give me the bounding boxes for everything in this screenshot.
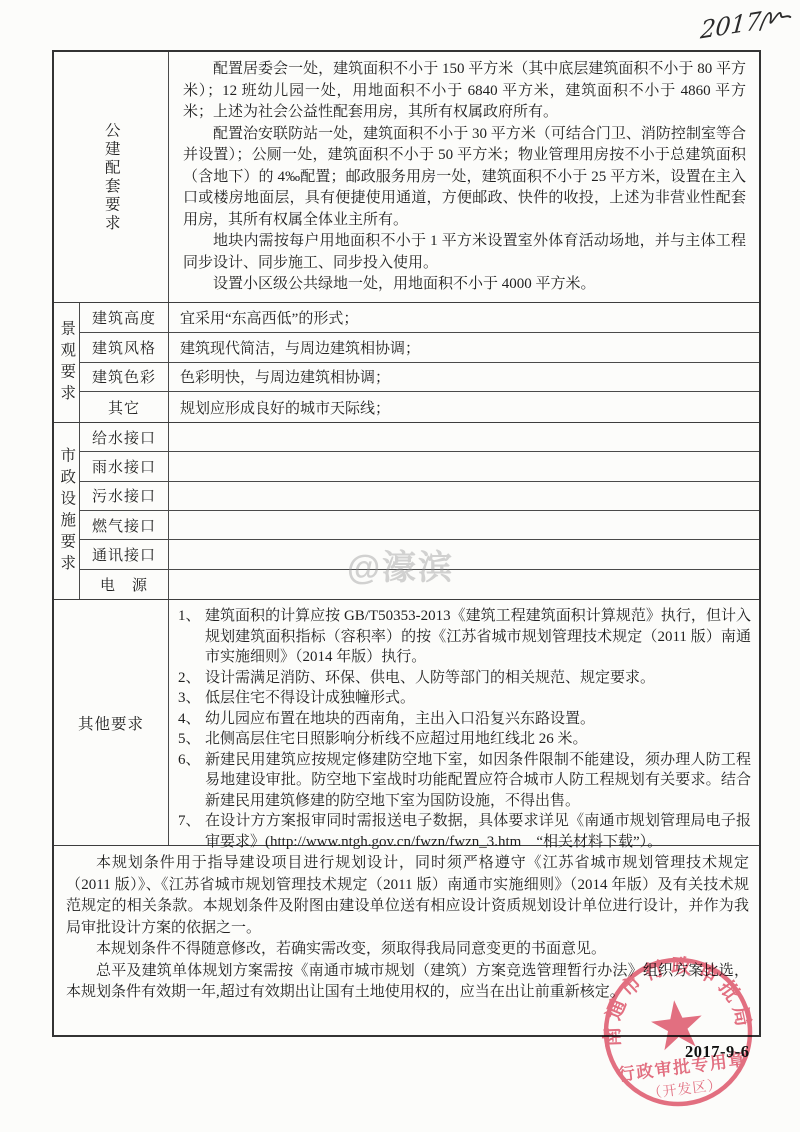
row-value xyxy=(169,482,759,510)
table-row: 建筑风格 建筑现代简洁，与周边建筑相协调； xyxy=(80,333,759,363)
section-other-requirements: 其他要求 1、 建筑面积的计算应按 GB/T50353-2013《建筑工程建筑面… xyxy=(54,599,759,845)
row-value xyxy=(169,570,759,599)
row-label: 给水接口 xyxy=(80,423,169,451)
municipal-label: 市政设施要求 xyxy=(59,447,75,576)
item-text: 北侧高层住宅日照影响分析线不应超过用地红线北 26 米。 xyxy=(205,729,751,750)
handwriting-flourish-icon xyxy=(757,2,793,38)
public-paragraph: 设置小区级公共绿地一处，用地面积不小于 4000 平方米。 xyxy=(183,274,746,296)
row-value xyxy=(169,540,759,568)
table-row: 给水接口 xyxy=(80,423,759,452)
item-number: 3、 xyxy=(178,688,205,709)
public-paragraph: 配置居委会一处，建筑面积不小于 150 平方米（其中底层建筑面积不小于 80 平… xyxy=(183,59,746,124)
list-item: 6、 新建民用建筑应按规定修建防空地下室，如因条件限制不能建设，须办理人防工程易… xyxy=(178,750,751,812)
table-row: 雨水接口 xyxy=(80,452,759,481)
row-value: 色彩明快，与周边建筑相协调； xyxy=(169,363,759,392)
scanned-document-page: 2017 公建配套要求 配置居委会一处，建筑面积不小于 150 平方米（其中底层… xyxy=(0,0,800,1132)
row-value: 宜采用“东高西低”的形式； xyxy=(169,303,759,332)
public-facilities-content: 配置居委会一处，建筑面积不小于 150 平方米（其中底层建筑面积不小于 80 平… xyxy=(169,52,759,302)
public-facilities-label: 公建配套要求 xyxy=(103,122,119,233)
row-label: 通讯接口 xyxy=(80,540,169,568)
public-facilities-label-cell: 公建配套要求 xyxy=(54,52,169,302)
item-number: 4、 xyxy=(178,709,205,730)
landscape-label: 景观要求 xyxy=(59,320,75,406)
footer-paragraph: 本规划条件用于指导建设项目进行规划设计，同时须严格遵守《江苏省城市规划管理技术规… xyxy=(66,853,749,939)
item-text: 幼儿园应布置在地块的西南角，主出入口沿复兴东路设置。 xyxy=(205,709,751,730)
handwritten-note: 2017 xyxy=(699,0,794,48)
item-number: 1、 xyxy=(178,606,205,668)
list-item: 5、 北侧高层住宅日照影响分析线不应超过用地红线北 26 米。 xyxy=(178,729,751,750)
watermark: @濠滨 xyxy=(347,540,454,589)
row-label: 建筑色彩 xyxy=(80,363,169,392)
official-seal: 南通市行政审批局 行政审批专用章 （开发区） xyxy=(584,938,771,1125)
row-label: 污水接口 xyxy=(80,482,169,510)
section-public-facilities: 公建配套要求 配置居委会一处，建筑面积不小于 150 平方米（其中底层建筑面积不… xyxy=(54,52,759,302)
approval-date: 2017-9-6 xyxy=(685,1042,750,1062)
row-label: 建筑高度 xyxy=(80,303,169,332)
municipal-label-cell: 市政设施要求 xyxy=(54,423,80,599)
item-text: 建筑面积的计算应按 GB/T50353-2013《建筑工程建筑面积计算规范》执行… xyxy=(205,606,751,668)
row-value: 建筑现代简洁，与周边建筑相协调； xyxy=(169,333,759,362)
table-row: 污水接口 xyxy=(80,482,759,511)
table-row: 其它 规划应形成良好的城市天际线； xyxy=(80,392,759,422)
row-value: 规划应形成良好的城市天际线； xyxy=(169,392,759,422)
row-label: 雨水接口 xyxy=(80,452,169,480)
item-text: 新建民用建筑应按规定修建防空地下室，如因条件限制不能建设，须办理人防工程易地建设… xyxy=(205,750,751,812)
list-item: 2、 设计需满足消防、环保、供电、人防等部门的相关规范、规定要求。 xyxy=(178,668,751,689)
row-label: 燃气接口 xyxy=(80,511,169,539)
list-item: 3、 低层住宅不得设计成独幢形式。 xyxy=(178,688,751,709)
item-text: 设计需满足消防、环保、供电、人防等部门的相关规范、规定要求。 xyxy=(205,668,751,689)
list-item: 4、 幼儿园应布置在地块的西南角，主出入口沿复兴东路设置。 xyxy=(178,709,751,730)
handwritten-year: 2017 xyxy=(699,6,762,44)
row-value xyxy=(169,511,759,539)
seal-icon: 南通市行政审批局 行政审批专用章 （开发区） xyxy=(584,938,771,1125)
other-requirements-content: 1、 建筑面积的计算应按 GB/T50353-2013《建筑工程建筑面积计算规范… xyxy=(169,600,759,845)
table-row: 燃气接口 xyxy=(80,511,759,540)
public-paragraph: 地块内需按每户用地面积不小于 1 平方米设置室外体育活动场地，并与主体工程同步设… xyxy=(183,231,746,274)
other-requirements-label: 其他要求 xyxy=(78,712,144,734)
section-landscape: 景观要求 建筑高度 宜采用“东高西低”的形式； 建筑风格 建筑现代简洁，与周边建… xyxy=(54,302,759,422)
row-label: 其它 xyxy=(80,392,169,422)
other-label-cell: 其他要求 xyxy=(54,600,169,845)
landscape-label-cell: 景观要求 xyxy=(54,303,80,422)
seal-subtitle-text: （开发区） xyxy=(647,1077,723,1102)
row-label: 建筑风格 xyxy=(80,333,169,362)
list-item: 1、 建筑面积的计算应按 GB/T50353-2013《建筑工程建筑面积计算规范… xyxy=(178,606,751,668)
row-value xyxy=(169,452,759,480)
item-number: 5、 xyxy=(178,729,205,750)
public-paragraph: 配置治安联防站一处，建筑面积不小于 30 平方米（可结合门卫、消防控制室等合并设… xyxy=(183,124,746,232)
table-row: 建筑高度 宜采用“东高西低”的形式； xyxy=(80,303,759,333)
row-value xyxy=(169,423,759,451)
table-row: 建筑色彩 色彩明快，与周边建筑相协调； xyxy=(80,363,759,393)
row-label: 电 源 xyxy=(80,570,169,599)
item-number: 2、 xyxy=(178,668,205,689)
item-text: 低层住宅不得设计成独幢形式。 xyxy=(205,688,751,709)
item-number: 6、 xyxy=(178,750,205,812)
